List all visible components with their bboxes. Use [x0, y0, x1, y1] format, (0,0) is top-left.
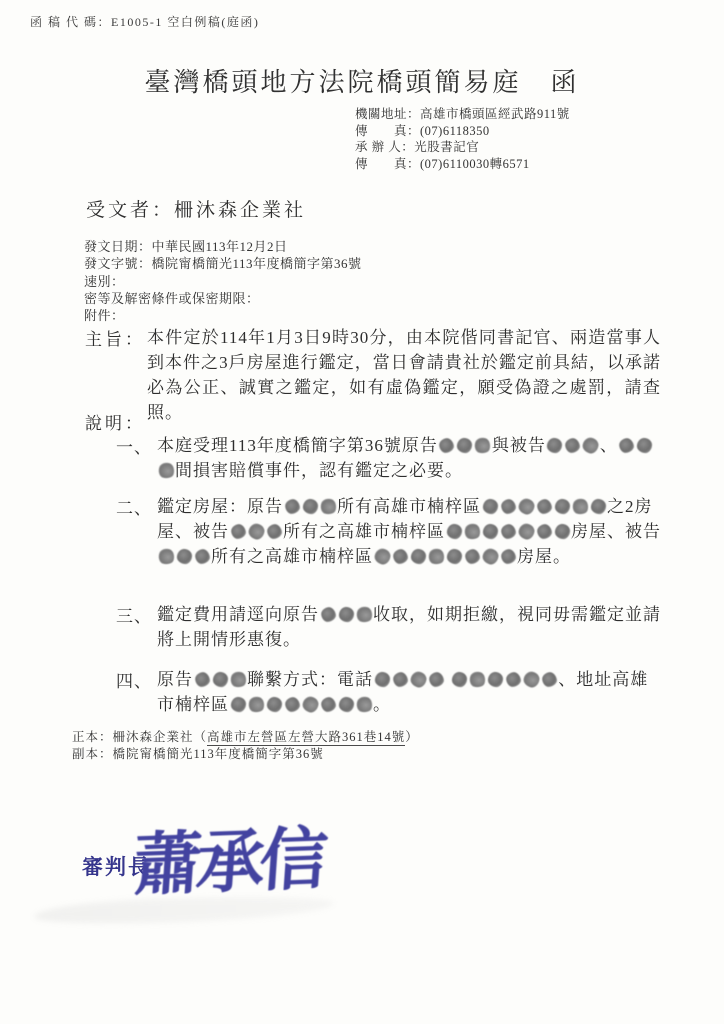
- redacted-text: [482, 498, 498, 514]
- redacted-text: [500, 548, 517, 565]
- scan-smudge-artifact: [34, 893, 335, 926]
- redacted-text: [230, 696, 246, 712]
- redacted-text: [468, 670, 487, 689]
- original-recipient: 柵沐森企業社（: [113, 730, 208, 744]
- item-1-text: 本庭受理113年度橋簡字第36號原告與被告、間損害賠償事件，認有鑑定之必要。: [157, 433, 665, 483]
- item-3-number: 三、: [116, 602, 152, 627]
- redacted-text: [438, 437, 455, 454]
- redacted-text: [446, 548, 462, 564]
- redacted-text: [428, 671, 445, 688]
- redacted-text: [517, 522, 536, 541]
- redacted-text: [457, 437, 473, 453]
- redacted-text: [319, 497, 338, 516]
- redacted-text: [392, 548, 409, 565]
- court-letter-page: 函 稿 代 碼：E1005-1 空白例稿(庭函) 臺灣橋頭地方法院橋頭簡易庭 函…: [0, 0, 724, 1024]
- redacted-text: [536, 523, 553, 540]
- redacted-text: [564, 437, 581, 454]
- redacted-text: [463, 522, 482, 541]
- redacted-text: [500, 523, 517, 540]
- redacted-text: [541, 671, 558, 688]
- security-class-line: 密等及解密條件或保密期限：: [84, 290, 362, 307]
- redacted-text: [571, 497, 590, 516]
- redacted-text: [355, 695, 374, 714]
- redacted-text: [637, 437, 653, 453]
- meta-block: 發文日期：中華民國113年12月2日 發文字號：橋院甯橋簡光113年度橋簡字第3…: [84, 238, 362, 324]
- redacted-text: [581, 436, 600, 455]
- redacted-text: [451, 671, 467, 687]
- issue-number-line: 發文字號：橋院甯橋簡光113年度橋簡字第36號: [84, 255, 362, 272]
- cc-line: 副本：橋院甯橋簡光113年度橋簡字第36號: [72, 744, 324, 762]
- redacted-text: [409, 670, 428, 689]
- redacted-text: [229, 670, 248, 689]
- agency-info-block: 機關地址：高雄市橋頭區經武路911號 傳 真：(07)6118350 承 辦 人…: [355, 106, 570, 172]
- redacted-text: [482, 523, 498, 539]
- redacted-text: [618, 437, 635, 454]
- item-2-number: 二、: [116, 494, 152, 519]
- redacted-text: [338, 696, 354, 712]
- original-suffix: ）: [405, 730, 419, 744]
- redacted-text: [374, 671, 390, 687]
- redacted-text: [338, 606, 354, 622]
- redacted-text: [157, 547, 176, 566]
- redacted-text: [247, 695, 266, 714]
- redacted-text: [194, 548, 211, 565]
- redacted-text: [590, 498, 606, 514]
- item-3-text: 鑑定費用請逕向原告收取，如期拒繳，視同毋需鑑定並請將上開情形惠復。: [157, 602, 665, 652]
- redacted-text: [302, 498, 318, 514]
- redacted-text: [464, 548, 481, 565]
- redacted-text: [392, 671, 409, 688]
- redacted-text: [301, 695, 320, 714]
- agency-fax-ext-line: 傳 真：(07)6110030轉6571: [355, 156, 570, 173]
- document-title: 臺灣橋頭地方法院橋頭簡易庭 函: [0, 62, 724, 99]
- redacted-text: [427, 547, 446, 566]
- redacted-text: [194, 671, 211, 688]
- item-4-text: 原告聯繫方式：電話 、地址高雄市楠梓區。: [157, 667, 665, 717]
- redacted-text: [355, 605, 374, 624]
- original-copy-line: 正本：柵沐森企業社（高雄市左營區左營大路361巷14號）: [72, 727, 419, 745]
- redacted-text: [536, 498, 553, 515]
- redacted-text: [481, 547, 500, 566]
- redacted-text: [522, 670, 541, 689]
- redacted-text: [547, 437, 563, 453]
- redacted-text: [554, 523, 570, 539]
- redacted-text: [320, 606, 337, 623]
- speed-class-line: 速別：: [84, 273, 362, 290]
- item-1-number: 一、: [116, 433, 152, 458]
- redacted-text: [266, 696, 282, 712]
- agency-address-line: 機關地址：高雄市橋頭區經武路911號: [355, 106, 570, 123]
- subject-text: 本件定於114年1月3日9時30分，由本院偕同書記官、兩造當事人到本件之3戶房屋…: [147, 325, 661, 425]
- redacted-text: [284, 696, 301, 713]
- redacted-text: [176, 548, 192, 564]
- redacted-text: [500, 498, 517, 515]
- explanation-label: 說明：: [85, 409, 145, 434]
- draft-code-line: 函 稿 代 碼：E1005-1 空白例稿(庭函): [30, 13, 259, 30]
- redacted-text: [487, 671, 503, 687]
- redacted-text: [157, 461, 176, 480]
- redacted-text: [320, 696, 337, 713]
- subject-label: 主旨：: [85, 325, 145, 350]
- redacted-text: [247, 522, 266, 541]
- agency-fax-line: 傳 真：(07)6118350: [355, 123, 570, 140]
- redacted-text: [230, 523, 247, 540]
- recipient-line: 受文者：柵沐森企業社: [86, 195, 306, 222]
- redacted-text: [517, 497, 536, 516]
- redacted-text: [446, 523, 462, 539]
- redacted-text: [266, 523, 283, 540]
- item-4-number: 四、: [116, 667, 152, 692]
- redacted-text: [554, 498, 570, 514]
- redacted-text: [212, 671, 228, 687]
- judge-signature: 蕭承信: [131, 804, 348, 909]
- redacted-text: [473, 436, 492, 455]
- item-2-text: 鑑定房屋：原告所有高雄市楠梓區之2房屋、被告所有之高雄市楠梓區房屋、被告所有之高…: [157, 494, 665, 569]
- attachment-line: 附件：: [84, 307, 362, 324]
- issue-date-line: 發文日期：中華民國113年12月2日: [84, 238, 362, 255]
- redacted-text: [373, 547, 392, 566]
- original-label: 正本：: [72, 730, 113, 744]
- redacted-text: [284, 498, 301, 515]
- agency-clerk-line: 承 辦 人：光股書記官: [355, 139, 570, 156]
- redacted-text: [410, 548, 426, 564]
- redacted-text: [505, 671, 522, 688]
